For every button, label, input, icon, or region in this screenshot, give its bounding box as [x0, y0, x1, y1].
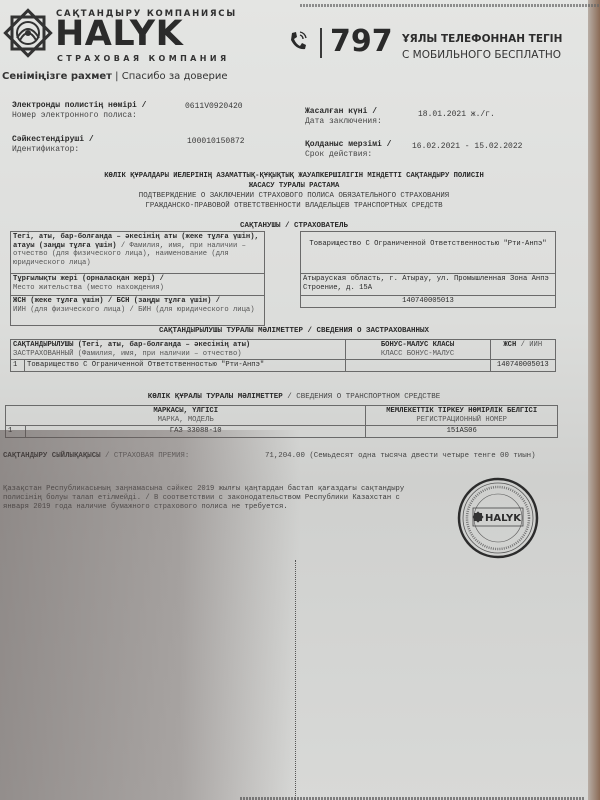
company-stamp-icon: HALYK: [457, 477, 539, 559]
column-header-bonus-malus: БОНУС-МАЛУС КЛАСЫКЛАСС БОНУС-МАЛУС: [345, 340, 490, 360]
label-kz: Тұрғылықты жері (орналасқан жері) /: [13, 275, 262, 284]
validity-label: Қолданыс мерзімі / Срок действия:: [305, 140, 391, 160]
table-cell: ЖСН (жеке тұлға үшін) / БСН (заңды тұлға…: [11, 296, 265, 326]
label-ru: Дата заключения:: [305, 117, 382, 127]
insured-name: Товарищество С Ограниченной Ответственно…: [25, 360, 346, 372]
header-kz: ЖСН: [503, 341, 516, 349]
identifier-value: 100010150872: [187, 137, 245, 146]
section-title-kz: КӨЛІК ҚҰРАЛЫ ТУРАЛЫ МӘЛІМЕТТЕР: [148, 393, 283, 401]
identifier-label: Сәйкестендіруші / Идентификатор:: [12, 135, 94, 155]
column-header-model: МАРКАСЫ, ҮЛГІСІМАРКА, МОДЕЛЬ: [6, 406, 366, 426]
table-row: 1 Товарищество С Ограниченной Ответствен…: [11, 360, 556, 372]
brand-tagline-ru: СТРАХОВАЯ КОМПАНИЯ: [57, 54, 230, 63]
column-header-insured: САҚТАНДЫРЫЛУШЫ (Тегі, аты, бар-болғанда …: [11, 340, 346, 360]
label-ru: Номер электронного полиса:: [12, 111, 146, 121]
slogan-separator: |: [112, 71, 122, 82]
column-header-reg-number: МЕМЛЕКЕТТІК ТІРКЕУ НӨМІРЛІК БЕЛГІСІРЕГИС…: [366, 406, 558, 426]
header-kz: МАРКАСЫ, ҮЛГІСІ: [8, 407, 363, 416]
perforation-top: [300, 4, 600, 7]
bonus-malus-class: [345, 360, 490, 372]
insurer-labels-table: Тегі, аты, бар-болғанда – әкесінің аты (…: [10, 231, 265, 326]
vehicle-section-title: КӨЛІК ҚҰРАЛЫ ТУРАЛЫ МӘЛІМЕТТЕР / СВЕДЕНИ…: [0, 393, 588, 402]
validity-value: 16.02.2021 - 15.02.2022: [412, 142, 522, 151]
slogan: Сеніміңізге рахмет | Спасибо за доверие: [2, 71, 228, 82]
svg-text:HALYK: HALYK: [485, 513, 522, 524]
doc-title-ru-2: ГРАЖДАНСКО-ПРАВОВОЙ ОТВЕТСТВЕННОСТИ ВЛАД…: [0, 202, 588, 211]
table-cell: Тегі, аты, бар-болғанда – әкесінің аты (…: [11, 232, 265, 274]
insured-table: САҚТАНДЫРЫЛУШЫ (Тегі, аты, бар-болғанда …: [10, 339, 556, 372]
header-ru: МАРКА, МОДЕЛЬ: [8, 416, 363, 425]
hotline-number: 797: [330, 25, 393, 59]
vehicle-reg-number: 151AS06: [366, 426, 558, 438]
doc-title-kz-2: ЖАСАСУ ТУРАЛЫ РАСТАМА: [0, 182, 588, 191]
label-kz: ЖСН (жеке тұлға үшін) / БСН (заңды тұлға…: [13, 297, 262, 306]
brand-name: HALYK: [55, 15, 183, 53]
label-ru: Место жительства (место нахождения): [13, 284, 262, 293]
table-row: Тұрғылықты жері (орналасқан жері) /Место…: [11, 274, 265, 296]
header-divider: [320, 28, 322, 58]
section-title-kz: САҚТАНДЫРЫЛУШЫ ТУРАЛЫ МӘЛІМЕТТЕР: [159, 327, 303, 335]
hotline-text-kz: ҰЯЛЫ ТЕЛЕФОННАН ТЕГІН: [402, 33, 562, 45]
doc-title-kz-1: КӨЛІК ҚҰРАЛДАРЫ ИЕЛЕРІНІҢ АЗАМАТТЫҚ-ҚҰҚЫ…: [0, 172, 588, 181]
policy-number-label: Электронды полистің нөмірі / Номер элект…: [12, 101, 146, 121]
header-kz: САҚТАНДЫРЫЛУШЫ (Тегі, аты, бар-болғанда …: [13, 341, 343, 350]
table-row: 140740005013: [301, 296, 556, 308]
slogan-ru: Спасибо за доверие: [122, 71, 228, 82]
label-kz: Сәйкестендіруші /: [12, 135, 94, 145]
header-ru: / ИИН: [516, 341, 542, 349]
table-row: Тегі, аты, бар-болғанда – әкесінің аты (…: [11, 232, 265, 274]
photo-shadow: [0, 430, 300, 800]
doc-title-ru-1: ПОДТВЕРЖДЕНИЕ О ЗАКЛЮЧЕНИИ СТРАХОВОГО ПО…: [0, 192, 588, 201]
table-row: ЖСН (жеке тұлға үшін) / БСН (заңды тұлға…: [11, 296, 265, 326]
table-row: Атырауская область, г. Атырау, ул. Промы…: [301, 274, 556, 296]
label-ru: Идентификатор:: [12, 145, 94, 155]
header-kz: БОНУС-МАЛУС КЛАСЫ: [348, 341, 488, 350]
header-ru: РЕГИСТРАЦИОННЫЙ НОМЕР: [368, 416, 555, 425]
label-kz: Электронды полистің нөмірі /: [12, 101, 146, 111]
insured-iin: 140740005013: [490, 360, 555, 372]
table-row: Товарищество С Ограниченной Ответственно…: [301, 232, 556, 274]
table-header-row: МАРКАСЫ, ҮЛГІСІМАРКА, МОДЕЛЬ МЕМЛЕКЕТТІК…: [6, 406, 558, 426]
section-title-text: САҚТАНУШЫ / СТРАХОВАТЕЛЬ: [240, 222, 348, 230]
insurer-section-title: САҚТАНУШЫ / СТРАХОВАТЕЛЬ: [0, 222, 588, 231]
premium-amount: 71,204.00 (Семьдесят одна тысяча двести …: [265, 452, 555, 461]
insurer-values-table: Товарищество С Ограниченной Ответственно…: [300, 231, 556, 308]
conclusion-date-label: Жасалған күні / Дата заключения:: [305, 107, 382, 127]
label-ru: ИИН (для физического лица) / БИН (для юр…: [13, 306, 262, 315]
paper-fold: [295, 560, 296, 800]
insurer-name-value: Товарищество С Ограниченной Ответственно…: [301, 232, 556, 274]
table-cell: Тұрғылықты жері (орналасқан жері) /Место…: [11, 274, 265, 296]
header-ru: КЛАСС БОНУС-МАЛУС: [348, 350, 488, 359]
insurer-bin-value: 140740005013: [301, 296, 556, 308]
label-kz: Жасалған күні /: [305, 107, 382, 117]
header-ru: ЗАСТРАХОВАННЫЙ (Фамилия, имя, при наличи…: [13, 350, 343, 359]
insured-section-title: САҚТАНДЫРЫЛУШЫ ТУРАЛЫ МӘЛІМЕТТЕР / СВЕДЕ…: [0, 327, 588, 336]
section-title-ru: / СВЕДЕНИЯ О ЗАСТРАХОВАННЫХ: [303, 327, 429, 335]
policy-number-value: 0611V0920420: [185, 102, 243, 111]
section-title-ru: / СВЕДЕНИЯ О ТРАНСПОРТНОМ СРЕДСТВЕ: [283, 393, 441, 401]
header-kz: МЕМЛЕКЕТТІК ТІРКЕУ НӨМІРЛІК БЕЛГІСІ: [368, 407, 555, 416]
conclusion-date-value: 18.01.2021 ж./г.: [418, 110, 495, 119]
insurer-address-value: Атырауская область, г. Атырау, ул. Промы…: [301, 274, 556, 296]
row-index: 1: [11, 360, 25, 372]
label-ru: Срок действия:: [305, 150, 391, 160]
hotline-text-ru: С МОБИЛЬНОГО БЕСПЛАТНО: [402, 49, 561, 61]
label-kz: Қолданыс мерзімі /: [305, 140, 391, 150]
phone-icon: [288, 30, 308, 52]
halyk-logo-icon: [2, 6, 54, 60]
slogan-kz: Сеніміңізге рахмет: [2, 71, 112, 82]
table-header-row: САҚТАНДЫРЫЛУШЫ (Тегі, аты, бар-болғанда …: [11, 340, 556, 360]
column-header-iin: ЖСН / ИИН: [490, 340, 555, 360]
